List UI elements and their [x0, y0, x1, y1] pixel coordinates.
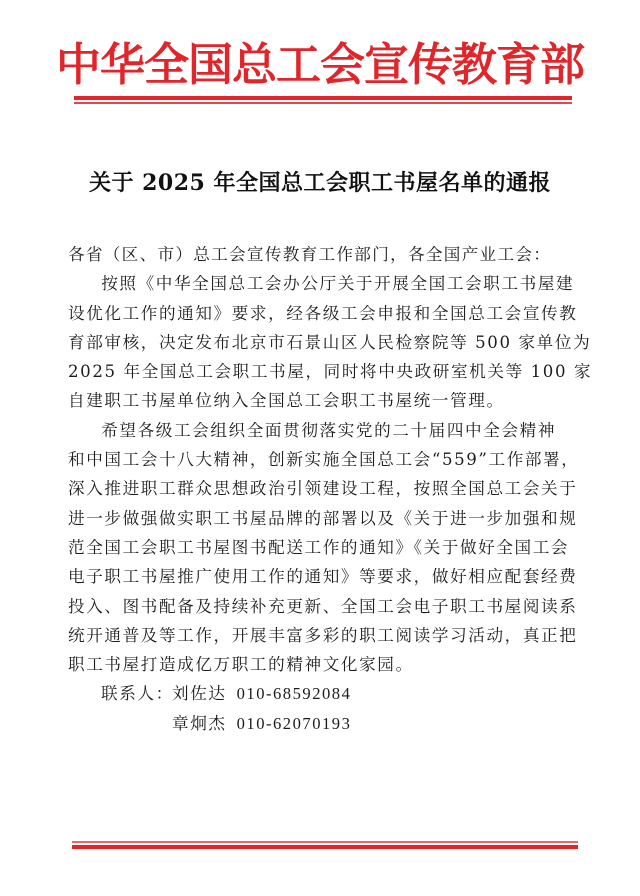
- footer-rule-thin: [72, 841, 578, 843]
- paragraph-line: 育部审核，决定发布北京市石景山区人民检察院等 500 家单位为: [68, 328, 578, 357]
- paragraph-1: 按照《中华全国总工会办公厅关于开展全国工会职工书屋建 设优化工作的通知》要求，经…: [68, 269, 578, 415]
- footer-rule-thick: [72, 845, 578, 849]
- contact-row: 联系人：刘佐达010-68592084: [68, 679, 578, 708]
- masthead-rule-thick: [74, 96, 572, 100]
- contacts-block: 联系人：刘佐达010-68592084 章炯杰010-62070193: [68, 679, 578, 738]
- paragraph-line: 设优化工作的通知》要求，经各级工会申报和全国总工会宣传教: [68, 299, 578, 328]
- document-body: 各省（区、市）总工会宣传教育工作部门，各全国产业工会： 按照《中华全国总工会办公…: [68, 240, 578, 738]
- paragraph-line: 和中国工会十八大精神，创新实施全国总工会“559”工作部署，: [68, 445, 578, 474]
- paragraph-line: 自建职工书屋单位纳入全国总工会职工书屋统一管理。: [68, 386, 578, 415]
- paragraph-line: 希望各级工会组织全面贯彻落实党的二十届四中全会精神: [68, 416, 578, 445]
- masthead-org-name: 中华全国总工会宣传教育部: [0, 40, 640, 90]
- contact-phone: 010-62070193: [237, 714, 352, 733]
- paragraph-line: 投入、图书配备及持续补充更新、全国工会电子职工书屋阅读系: [68, 592, 578, 621]
- paragraph-line: 范全国工会职工书屋图书配送工作的通知》《关于做好全国工会: [68, 533, 578, 562]
- contact-row: 章炯杰010-62070193: [68, 709, 578, 738]
- paragraph-line: 电子职工书屋推广使用工作的通知》等要求，做好相应配套经费: [68, 562, 578, 591]
- paragraph-line: 深入推进职工群众思想政治引领建设工程，按照全国总工会关于: [68, 474, 578, 503]
- contact-phone: 010-68592084: [237, 684, 352, 703]
- paragraph-2: 希望各级工会组织全面贯彻落实党的二十届四中全会精神 和中国工会十八大精神，创新实…: [68, 416, 578, 680]
- paragraph-line: 2025 年全国总工会职工书屋，同时将中央政研室机关等 100 家: [68, 357, 578, 386]
- paragraph-line: 按照《中华全国总工会办公厅关于开展全国工会职工书屋建: [68, 269, 578, 298]
- paragraph-line: 进一步做强做实职工书屋品牌的部署以及《关于进一步加强和规: [68, 504, 578, 533]
- document-title: 关于 2025 年全国总工会职工书屋名单的通报: [0, 166, 640, 197]
- paragraph-line: 统开通普及等工作，开展丰富多彩的职工阅读学习活动，真正把: [68, 621, 578, 650]
- salutation: 各省（区、市）总工会宣传教育工作部门，各全国产业工会：: [68, 240, 578, 269]
- contacts-label: 联系人：: [68, 679, 172, 708]
- paragraph-line: 职工书屋打造成亿万职工的精神文化家园。: [68, 650, 578, 679]
- contact-name: 刘佐达: [172, 679, 227, 708]
- contact-name: 章炯杰: [172, 709, 227, 738]
- masthead-rule-thin: [74, 102, 572, 104]
